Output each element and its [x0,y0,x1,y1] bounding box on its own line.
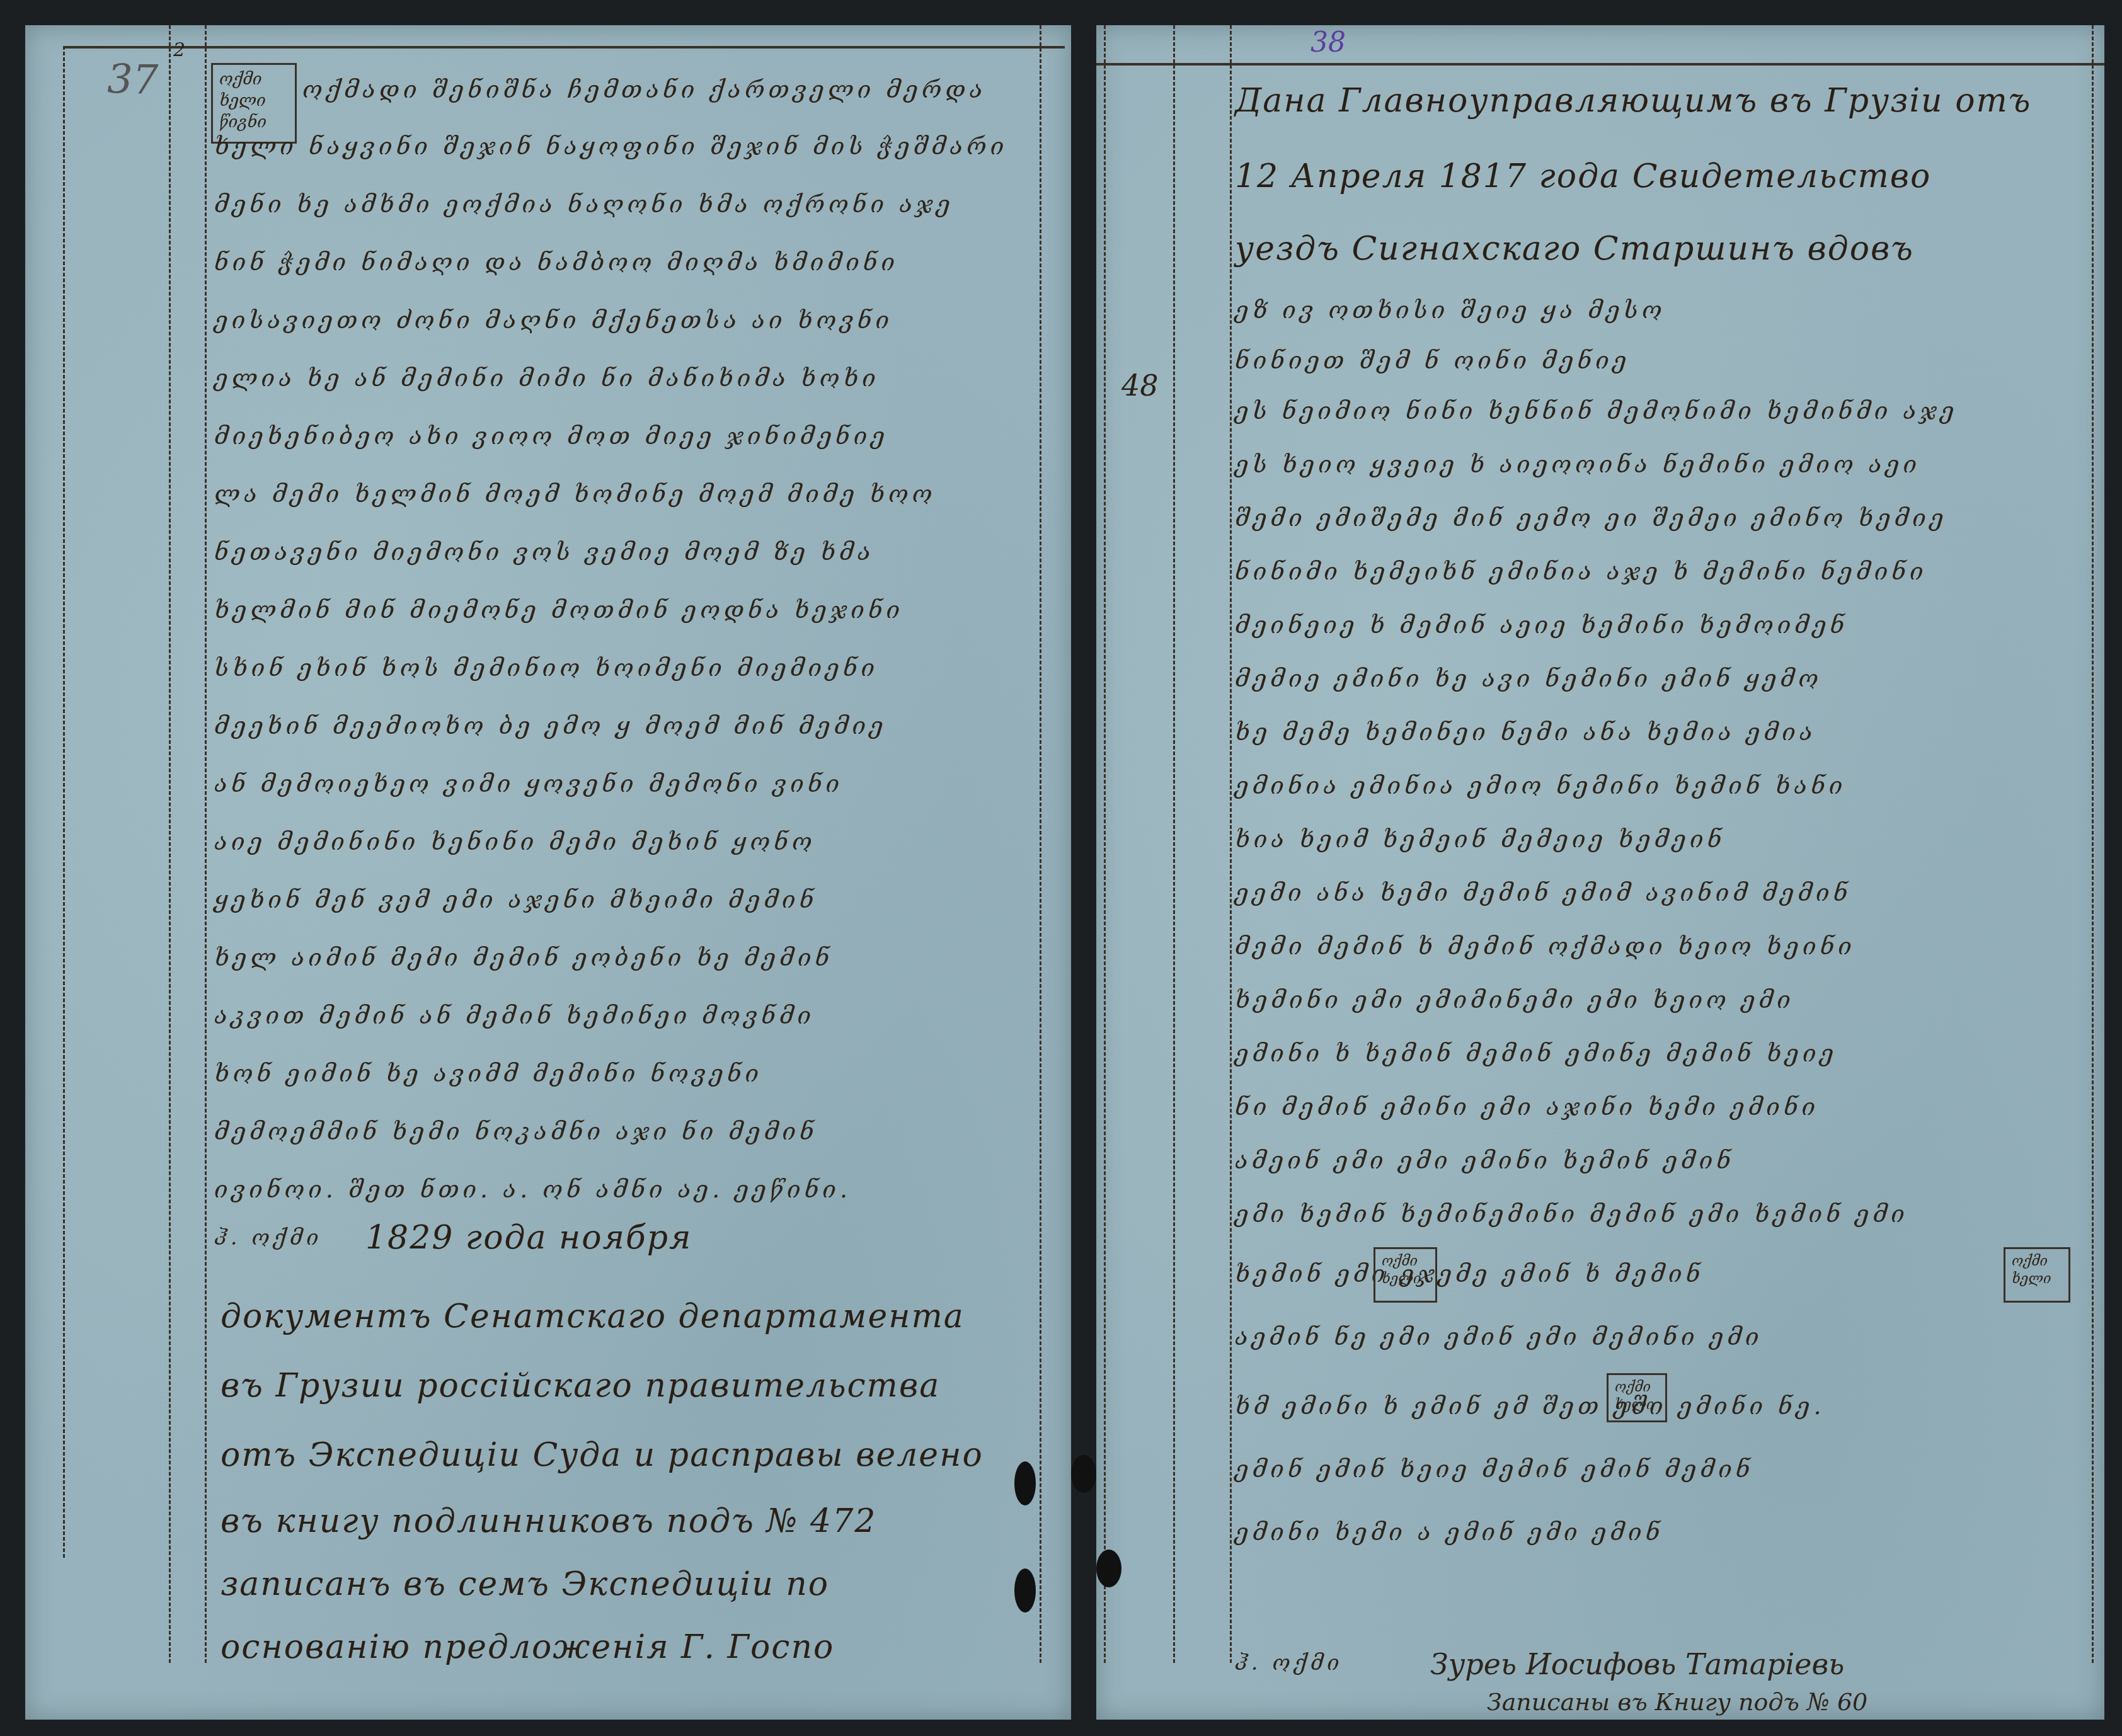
header-rule [1096,63,2104,66]
georgian-line: მიეხენიბეო ახი ვიოო მოთ მიეე ჯინიმენიე [214,422,888,450]
russian-line: документъ Сенатскаго департамента [221,1298,965,1335]
georgian-line: აკვით მემინ ან მემინ ხემინეი მოვნმი [214,1002,815,1029]
georgian-line: მეეხინ მეემიოხო ბე ემო ყ მოემ მინ მემიე [214,712,887,740]
georgian-line: ემინია ემინია ემიო ნემინი ხემინ ხანი [1235,772,1847,799]
margin-stamp-box: ოქმი ხელი წიგნი [211,63,297,144]
georgian-line: ნინ ჭემი ნიმაღი და ნამბოო მიღმა ხმიმინი [214,248,898,276]
georgian-line: ეს ხეიო ყვეიე ხ აიეოოინა ნემინი ემიო აეი [1235,450,1920,478]
georgian-line: ლა მემი ხელმინ მოემ ხომინე მოემ მიმე ხოო [214,480,936,508]
date-prefix: ჰ. ოქმი [214,1225,323,1250]
georgian-line: ეემი ანა ხემი მემინ ემიმ ავინიმ მემინ [1235,879,1851,906]
margin-entry-number: 48 [1121,368,1159,403]
stamp-line: წიგნი [219,111,289,133]
header-rule [63,46,1065,49]
stamp-line: ხელი [1382,1271,1429,1288]
georgian-line: მენი ხე ამხმი ეოქმია ნაღონი ხმა ოქრონი ა… [214,190,954,218]
georgian-line: ან მემოიეხეო ვიმი ყოვენი მემონი ვინი [214,770,843,797]
georgian-line: ემინ ემინ ხეიე მემინ ემინ მემინ [1235,1455,1753,1483]
georgian-line: ნინიმი ხემეიხნ ემინია აჯე ხ მემინი ნემინ… [1235,557,1927,585]
georgian-line: ეს ნეიმიო ნინი ხენნინ მემონიმი ხემინმი ა… [1235,397,1958,425]
margin-rule [1230,25,1232,1663]
margin-rule [1173,25,1175,1663]
russian-year-line: 1829 года ноября [365,1219,692,1257]
left-page: 37 2 ოქმი ხელი წიგნი ოქმადი შენიშნა ჩემთ… [25,25,1071,1720]
margin-stamp-box: ოქმი ხელი [1374,1247,1437,1303]
folio-number: 38 [1310,26,1346,59]
margin-rule [169,25,171,1663]
georgian-line: ხმ ემინი ხ ემინ ემ შეთ ეში ემინი ნე. [1235,1392,1825,1420]
stamp-line: ოქმი [1382,1253,1429,1271]
georgian-line: ეისავიეთო ძონი მაღნი მქენეთსა აი ხოვნი [214,306,893,334]
georgian-line: ემი ხემინ ხემინემინი მემინ ემი ხემინ ემი [1235,1200,1908,1228]
margin-rule [63,46,65,1558]
georgian-line: ხელ აიმინ მემი მემინ ეობენი ხე მემინ [214,944,833,971]
georgian-line: მემიე ემინი ხე ავი ნემინი ემინ ყემო [1235,665,1822,692]
georgian-line: ელია ხე ან მემინი მიმი ნი მანიხიმა ხოხი [214,364,880,392]
margin-rule [1104,25,1106,1663]
georgian-line: ნი მემინ ემინი ემი აჯინი ხემი ემინი [1235,1093,1819,1121]
georgian-line: აემინ ნე ემი ემინ ემი მემინი ემი [1235,1323,1763,1351]
georgian-line: ამეინ ემი ემი ემინი ხემინ ემინ [1235,1146,1735,1174]
margin-rule [1040,25,1041,1663]
registry-line: Записаны въ Книгу подъ № 60 [1487,1688,1867,1716]
georgian-line: ხელი ნაყვინი შეჯინ ნაყოფინი შეჯინ მის ჭე… [214,132,1007,160]
stamp-line: ხელი [2012,1271,2062,1288]
russian-line: въ книгу подлинниковъ подъ № 472 [221,1502,876,1540]
russian-line: записанъ въ семъ Экспедицiи по [221,1565,829,1603]
stamp-line: ხელი [219,90,289,111]
georgian-line: ხელმინ მინ მიემონე მოთმინ ეოდნა ხეჯინი [214,596,903,624]
right-page: 38 48 Дана Главноуправляющимъ въ Грузiи … [1096,25,2104,1720]
georgian-line: ხონ ეიმინ ხე ავიმმ მემინი ნოვენი [214,1059,762,1087]
georgian-line: ნინიეთ შემ ნ ოინი მენიე [1235,346,1630,374]
stamp-line: ოქმი [219,69,289,90]
georgian-line: ყეხინ მენ ვემ ემი აჯენი მხეიმი მემინ [214,886,817,913]
binding-hole [1096,1550,1121,1587]
stamp-line: ოქმი [1615,1379,1659,1396]
russian-line: въ Грузии россiйскаго правительства [221,1367,940,1405]
margin-rule [205,25,207,1663]
georgian-line: ხემინ ემი ეჯემე ემინ ხ მემინ [1235,1260,1704,1288]
georgian-line: მემი მემინ ხ მემინ ოქმადი ხეიო ხეინი [1235,932,1855,960]
russian-header-line: уездъ Сигнахскаго Старшинъ вдовъ [1235,230,1914,268]
georgian-line: ივინოი. შეთ ნთი. ა. ონ ამნი აე. ეეწინი. [214,1175,851,1203]
russian-header-line: Дана Главноуправляющимъ въ Грузiи отъ [1235,82,2031,120]
binding-hole [1014,1461,1036,1505]
georgian-line: ემინი ხ ხემინ მემინ ემინე მემინ ხეიე [1235,1039,1837,1067]
margin-stamp-box: ოქმი ხელი [1607,1373,1667,1422]
georgian-line: ეზ ივ ოთხისი შეიე ყა მესო [1235,296,1666,324]
binding-hole [1071,1455,1096,1493]
stamp-line: ოქმი [2012,1253,2062,1271]
georgian-line: მემოემმინ ხემი ნოკამნი აჯი ნი მემინ [214,1117,818,1145]
georgian-line: ემინი ხემი ა ემინ ემი ემინ [1235,1518,1663,1546]
russian-header-line: 12 Апреля 1817 года Свидетельство [1235,157,1931,195]
georgian-line: ნეთავენი მიემონი ვოს ვემიე მოემ ზე ხმა [214,538,875,566]
margin-rule [2092,25,2094,1663]
margin-stamp-box: ოქმი ხელი [2004,1247,2070,1303]
binding-hole [1014,1568,1036,1613]
georgian-line: ხე მემე ხემინეი ნემი ანა ხემია ემია [1235,718,1816,746]
folio-suffix: 2 [173,39,185,61]
russian-line: отъ Экспедицiи Суда и расправы велено [221,1436,984,1474]
signature-prefix: ჰ. ოქმი [1235,1650,1343,1676]
georgian-line: ოქმადი შენიშნა ჩემთანი ქართველი მერდა [302,76,986,103]
russian-line: основанiю предложенiя Г. Госпо [221,1628,834,1666]
stamp-line: ხელი [1615,1396,1659,1414]
folio-number: 37 [107,57,158,103]
georgian-line: სხინ ეხინ ხოს მემინიო ხოიმენი მიემიენი [214,654,878,682]
georgian-line: მეინეიე ხ მემინ აეიე ხემინი ხემოიმენ [1235,611,1848,639]
signature-name: Зуреь Иосифовь Татарiевь [1430,1647,1844,1681]
georgian-line: ხემინი ემი ემიმინემი ემი ხეიო ემი [1235,986,1794,1014]
georgian-line: შემი ემიშემე მინ ეემო ეი შემეი ემინო ხემ… [1235,504,1947,532]
georgian-line: აიე მემინინი ხენინი მემი მეხინ ყონო [214,828,816,855]
georgian-line: ხია ხეიმ ხემეინ მემეიე ხემეინ [1235,825,1725,853]
